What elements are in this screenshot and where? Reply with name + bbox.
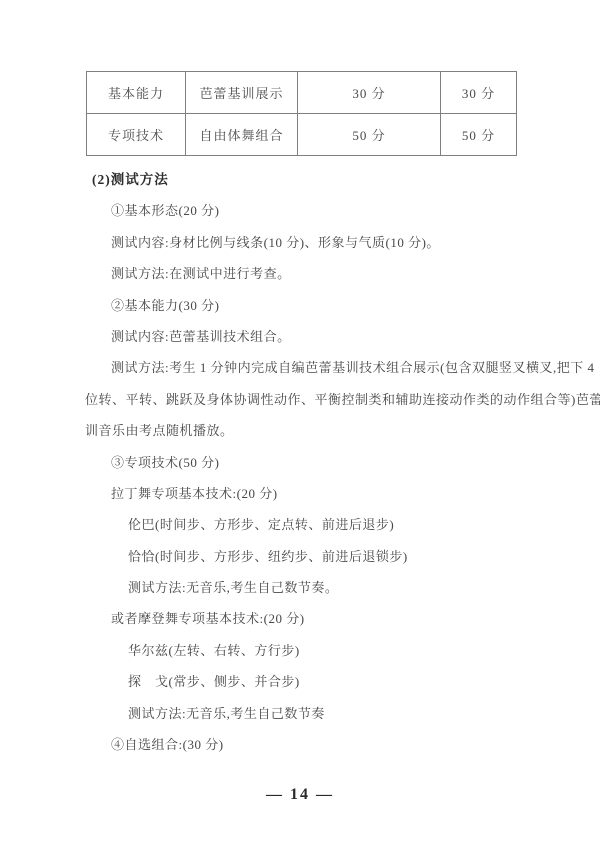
- table-cell: 自由体舞组合: [186, 114, 298, 156]
- paragraph-line: ②基本能力(30 分): [0, 290, 600, 321]
- document-body: (2)测试方法 ①基本形态(20 分) 测试内容:身材比例与线条(10 分)、形…: [0, 164, 600, 760]
- paragraph-line: 训音乐由考点随机播放。: [0, 415, 600, 446]
- table-cell: 专项技术: [87, 114, 186, 156]
- paragraph-line: 测试方法:考生 1 分钟内完成自编芭蕾基训技术组合展示(包含双腿竖叉横叉,把下 …: [0, 352, 600, 383]
- table-cell: 50 分: [441, 114, 517, 156]
- paragraph-line: ①基本形态(20 分): [0, 195, 600, 226]
- table-cell: 基本能力: [87, 72, 186, 114]
- table-cell: 芭蕾基训展示: [186, 72, 298, 114]
- paragraph-line: 拉丁舞专项基本技术:(20 分): [0, 478, 600, 509]
- paragraph-line: 测试方法:在测试中进行考查。: [0, 258, 600, 289]
- paragraph-line: 华尔兹(左转、右转、方行步): [0, 635, 600, 666]
- paragraph-line: 测试方法:无音乐,考生自己数节奏: [0, 698, 600, 729]
- paragraph-line: 恰恰(时间步、方形步、纽约步、前进后退锁步): [0, 541, 600, 572]
- table-cell: 30 分: [298, 72, 441, 114]
- score-table: 基本能力 芭蕾基训展示 30 分 30 分 专项技术 自由体舞组合 50 分 5…: [86, 71, 517, 156]
- paragraph-line: 探 戈(常步、侧步、并合步): [0, 666, 600, 697]
- table-row: 专项技术 自由体舞组合 50 分 50 分: [87, 114, 517, 156]
- paragraph-line: 测试方法:无音乐,考生自己数节奏。: [0, 572, 600, 603]
- page-number: — 14 —: [0, 786, 600, 804]
- table-cell: 30 分: [441, 72, 517, 114]
- paragraph-line: ③专项技术(50 分): [0, 447, 600, 478]
- section-heading: (2)测试方法: [0, 164, 600, 195]
- document-page: 基本能力 芭蕾基训展示 30 分 30 分 专项技术 自由体舞组合 50 分 5…: [0, 0, 600, 848]
- paragraph-line: 伦巴(时间步、方形步、定点转、前进后退步): [0, 509, 600, 540]
- paragraph-line: ④自选组合:(30 分): [0, 729, 600, 760]
- paragraph-line: 位转、平转、跳跃及身体协调性动作、平衡控制类和辅助连接动作类的动作组合等)芭蕾基: [0, 384, 600, 415]
- paragraph-line: 测试内容:身材比例与线条(10 分)、形象与气质(10 分)。: [0, 227, 600, 258]
- paragraph-line: 或者摩登舞专项基本技术:(20 分): [0, 603, 600, 634]
- paragraph-line: 测试内容:芭蕾基训技术组合。: [0, 321, 600, 352]
- table-row: 基本能力 芭蕾基训展示 30 分 30 分: [87, 72, 517, 114]
- table-cell: 50 分: [298, 114, 441, 156]
